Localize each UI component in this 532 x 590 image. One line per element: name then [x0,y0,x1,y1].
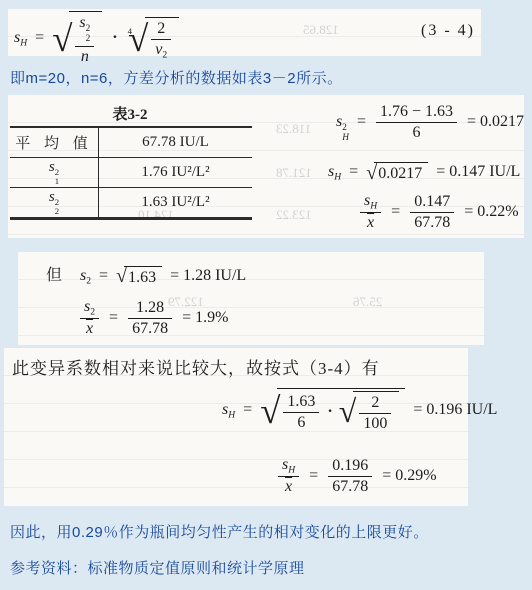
ghost-text: 123.22 [276,207,312,223]
formula-sH-final: sH = √ 1.636 · √ 2100 =0.196 IU/L [222,388,497,433]
table-row: s21 1.76 IU²/L² [10,158,252,188]
table-row-value: 1.76 IU²/L² [99,158,252,187]
reference-text: 参考资料：标准物质定值原则和统计学原理 [10,557,305,578]
sqrt-s2n: √ s22 n [52,11,102,66]
scan-fragment-final: 此变异系数相对来说比较大，故按式（3-4）有 sH = √ 1.636 · √ … [4,348,468,506]
table-title: 表3-2 [8,103,252,124]
ghost-text: 118.23 [276,121,311,137]
ghost-text: 128.65 [303,22,339,38]
but-word: 但 [46,267,62,284]
ghost-text: 121.78 [276,165,312,181]
scan-fragment-eq34: 128.65 sH = √ s22 n · 4 √ 2 ν2 (3 - 4) [8,9,481,56]
conclusion-text: 因此，用0.29％作为瓶间均匀性产生的相对变化的上限更好。 [10,521,429,542]
paragraph-text: 此变异系数相对来说比较大，故按式（3-4）有 [12,354,380,379]
formula-cv-sH: sHx = 0.14767.78 =0.22% [358,192,519,232]
formula-cv-final: sHx = 0.19667.78 =0.29% [276,456,437,496]
table-row: 平 均 值 67.78 IU/L [10,128,252,158]
ghost-text: 25.76 [353,294,382,310]
table-row-label: s21 [10,158,99,187]
formula-sH2: s2H = 1.76 − 1.636 =0.0217 [336,103,524,144]
table-row-value: 1.63 IU²/L² [99,188,252,217]
scan-fragment-table: 118.23 121.78 123.22 124.10 表3-2 平 均 值 6… [8,95,524,238]
equation-number: (3 - 4) [421,22,475,40]
fourth-root-2nu: √ 2 ν2 [128,17,179,60]
fourth-root-index: 4 [128,26,132,36]
scan-fragment-s2: 122.79 25.76 但 s2 = √1.63 =1.28 IU/L s2x… [18,252,484,345]
formula-sH: sH = √0.0217 =0.147 IU/L [328,162,520,183]
equation-3-4: sH = √ s22 n · 4 √ 2 ν2 [14,11,179,66]
table-row-label: 平 均 值 [10,128,99,157]
table-3-2: 平 均 值 67.78 IU/L s21 1.76 IU²/L² s22 1.6… [10,126,252,220]
but-line: 但 s2 = √1.63 =1.28 IU/L [46,262,246,287]
table-row: s22 1.63 IU²/L² [10,188,252,217]
intro-text: 即m=20，n=6，方差分析的数据如表3－2所示。 [10,67,343,88]
formula-cv-s2: s2x = 1.2867.78 =1.9% [78,298,228,338]
table-row-value: 67.78 IU/L [99,128,252,157]
table-row-label: s22 [10,188,99,217]
